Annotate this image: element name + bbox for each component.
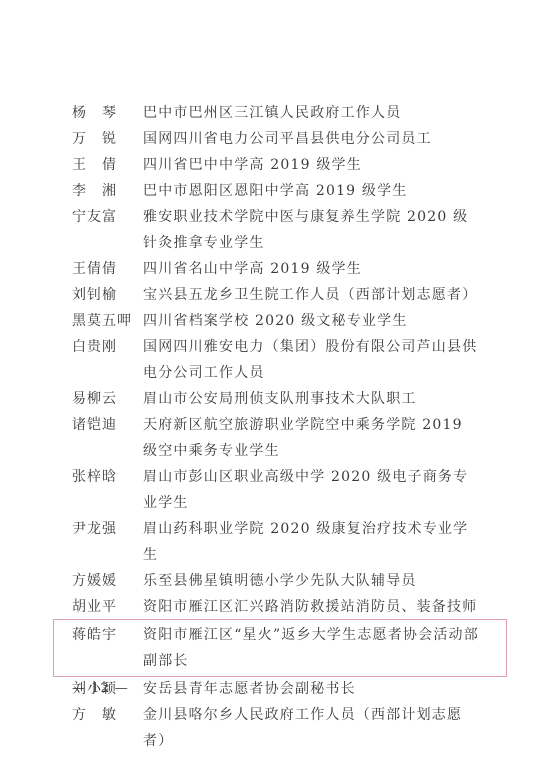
list-item: 刘小颖安岳县青年志愿者协会副秘书长: [72, 676, 492, 702]
person-description: 资阳市雁江区“星火”返乡大学生志愿者协会活动部副部长: [143, 622, 483, 674]
person-name: 万 锐: [72, 126, 143, 152]
person-name: 杨 琴: [72, 100, 143, 126]
document-page: 杨 琴巴中市巴州区三江镇人民政府工作人员 万 锐国网四川省电力公司平昌县供电分公…: [0, 0, 543, 768]
list-item: 张梓晗眉山市彭山区职业高级中学 2020 级电子商务专业学生: [72, 464, 492, 516]
list-item: 黑莫五呷四川省档案学校 2020 级文秘专业学生: [72, 308, 492, 334]
person-name: 张梓晗: [72, 464, 143, 516]
person-description: 眉山药科职业学院 2020 级康复治疗技术专业学生: [143, 516, 483, 568]
person-description: 巴中市巴州区三江镇人民政府工作人员: [143, 100, 483, 126]
person-name: 诸铠迪: [72, 412, 143, 464]
person-description: 安岳县青年志愿者协会副秘书长: [143, 676, 483, 702]
person-name: 白贵刚: [72, 334, 143, 386]
person-name: 李 湘: [72, 178, 143, 204]
person-name: 方媛媛: [72, 568, 143, 594]
person-name: 尹龙强: [72, 516, 143, 568]
list-item: 杨 琴巴中市巴州区三江镇人民政府工作人员: [72, 100, 492, 126]
person-description: 雅安职业技术学院中医与康复养生学院 2020 级针灸推拿专业学生: [143, 204, 483, 256]
list-item: 方 敏金川县咯尔乡人民政府工作人员（西部计划志愿者）: [72, 702, 492, 754]
person-description: 四川省档案学校 2020 级文秘专业学生: [143, 308, 483, 334]
person-name: 刘钊榆: [72, 282, 143, 308]
list-item: 诸铠迪天府新区航空旅游职业学院空中乘务学院 2019 级空中乘务专业学生: [72, 412, 492, 464]
list-item: 宁友富雅安职业技术学院中医与康复养生学院 2020 级针灸推拿专业学生: [72, 204, 492, 256]
list-item: 刘钊榆宝兴县五龙乡卫生院工作人员（西部计划志愿者）: [72, 282, 492, 308]
list-item: 万 锐国网四川省电力公司平昌县供电分公司员工: [72, 126, 492, 152]
person-description: 金川县咯尔乡人民政府工作人员（西部计划志愿者）: [143, 702, 483, 754]
person-description: 天府新区航空旅游职业学院空中乘务学院 2019 级空中乘务专业学生: [143, 412, 483, 464]
person-description: 四川省巴中中学高 2019 级学生: [143, 152, 483, 178]
person-name: 胡业平: [72, 594, 143, 620]
person-description: 国网四川雅安电力（集团）股份有限公司芦山县供电分公司工作人员: [143, 334, 483, 386]
person-name: 宁友富: [72, 204, 143, 256]
person-description: 四川省名山中学高 2019 级学生: [143, 256, 483, 282]
person-name: 王 倩: [72, 152, 143, 178]
list-item: 王倩倩四川省名山中学高 2019 级学生: [72, 256, 492, 282]
list-item: 王 倩四川省巴中中学高 2019 级学生: [72, 152, 492, 178]
list-item: 尹龙强眉山药科职业学院 2020 级康复治疗技术专业学生: [72, 516, 492, 568]
person-description: 眉山市彭山区职业高级中学 2020 级电子商务专业学生: [143, 464, 483, 516]
list-item: 胡业平资阳市雁江区汇兴路消防救援站消防员、装备技师: [72, 594, 492, 620]
highlighted-list-item: 蒋皓宇资阳市雁江区“星火”返乡大学生志愿者协会活动部副部长: [54, 620, 506, 676]
person-description: 国网四川省电力公司平昌县供电分公司员工: [143, 126, 483, 152]
person-description: 眉山市公安局刑侦支队刑事技术大队职工: [143, 386, 483, 412]
person-name: 易柳云: [72, 386, 143, 412]
person-description: 宝兴县五龙乡卫生院工作人员（西部计划志愿者）: [143, 282, 483, 308]
list-item: 方媛媛乐至县佛星镇明德小学少先队大队辅导员: [72, 568, 492, 594]
page-number: — 12 —: [72, 681, 129, 696]
person-name: 蒋皓宇: [72, 622, 143, 674]
name-list: 杨 琴巴中市巴州区三江镇人民政府工作人员 万 锐国网四川省电力公司平昌县供电分公…: [72, 100, 492, 754]
person-name: 方 敏: [72, 702, 143, 754]
list-item: 李 湘巴中市恩阳区恩阳中学高 2019 级学生: [72, 178, 492, 204]
person-description: 乐至县佛星镇明德小学少先队大队辅导员: [143, 568, 483, 594]
person-name: 黑莫五呷: [72, 308, 143, 334]
person-description: 资阳市雁江区汇兴路消防救援站消防员、装备技师: [143, 594, 483, 620]
list-item: 白贵刚国网四川雅安电力（集团）股份有限公司芦山县供电分公司工作人员: [72, 334, 492, 386]
person-name: 王倩倩: [72, 256, 143, 282]
list-item: 易柳云眉山市公安局刑侦支队刑事技术大队职工: [72, 386, 492, 412]
person-description: 巴中市恩阳区恩阳中学高 2019 级学生: [143, 178, 483, 204]
